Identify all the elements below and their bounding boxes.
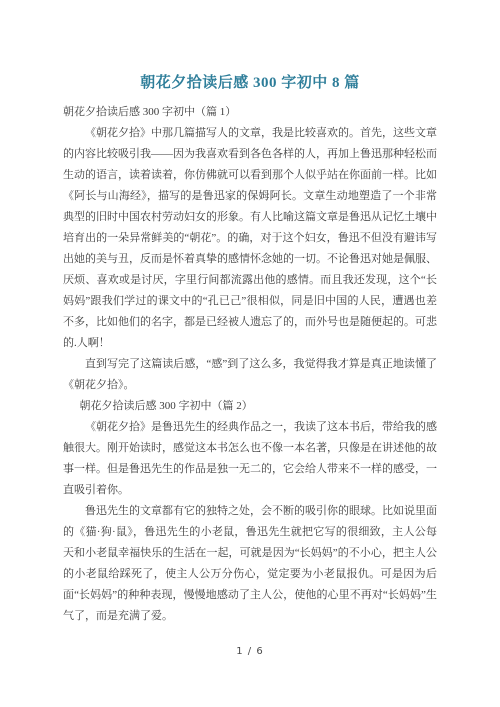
paragraph: 直到写完了这篇读后感，“感”到了这么多，我觉得我才算是真正地读懂了《朝花夕拾》。 — [63, 354, 437, 396]
document-page: 朝花夕拾读后感 300 字初中 8 篇 朝花夕拾读后感 300 字初中（篇 1）… — [0, 0, 500, 707]
page-number-indicator: 1 / 6 — [0, 645, 500, 659]
paragraph: 《朝花夕拾》是鲁迅先生的经典作品之一，我读了这本书后，带给我的感触很大。刚开始读… — [63, 417, 437, 501]
paragraph: 朝花夕拾读后感 300 字初中（篇 2） — [63, 396, 437, 417]
document-body: 朝花夕拾读后感 300 字初中（篇 1）《朝花夕拾》中那几篇描写人的文章，我是比… — [63, 102, 437, 627]
paragraph: 《朝花夕拾》中那几篇描写人的文章，我是比较喜欢的。首先，这些文章的内容比较吸引我… — [63, 123, 437, 354]
paragraph: 鲁迅先生的文章都有它的独特之处，会不断的吸引你的眼球。比如说里面的《猫·狗·鼠》… — [63, 501, 437, 627]
paragraph: 朝花夕拾读后感 300 字初中（篇 1） — [63, 102, 437, 123]
document-title: 朝花夕拾读后感 300 字初中 8 篇 — [0, 0, 500, 95]
